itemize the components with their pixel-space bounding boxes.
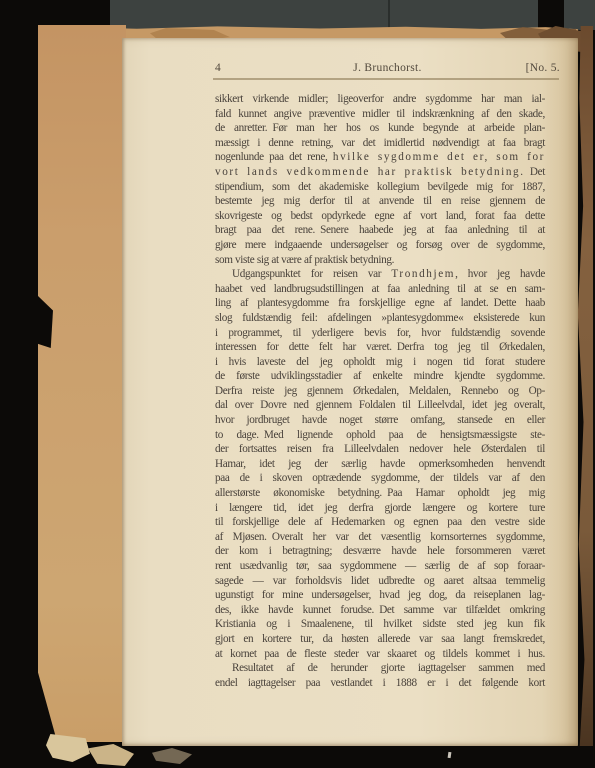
text-segment: der fortsattes reisen fra Lilleelvdalen …: [215, 443, 545, 455]
page-body: sikkert virkende midler; ligeoverfor and…: [215, 92, 545, 690]
text-line: sagede — var forholdsvis lidet udbredte …: [215, 574, 545, 589]
text-line: des, ikke havde kunnet forudse. Det samm…: [215, 603, 545, 618]
text-segment: Det: [525, 166, 545, 178]
text-line: at kornet paa de fleste steder var skaar…: [215, 647, 545, 662]
text-line: fald kunnet angive præventive midler til…: [215, 107, 545, 122]
text-line: endel iagttagelser paa vestlandet i 1888…: [215, 676, 545, 691]
text-segment: nogenlunde paa det rene,: [215, 151, 333, 163]
text-line: skovrigeste og bedst opdyrkede egne af v…: [215, 209, 545, 224]
text-segment: sagede — var forholdsvis lidet udbredte …: [215, 575, 545, 587]
text-segment: interessen for dette felt har været. Der…: [215, 341, 545, 353]
text-segment: , hvor jeg havde: [455, 268, 545, 280]
torn-paper-fragment: [46, 734, 90, 762]
text-line: to dage. Med lignende ophold paa de hens…: [215, 428, 545, 443]
text-line: i programmet, til yderligere bevis for, …: [215, 326, 545, 341]
text-segment: sikkert virkende midler; ligeoverfor and…: [215, 93, 545, 105]
text-segment: to dage. Med lignende ophold paa de hens…: [215, 429, 545, 441]
text-segment: ling af plantesygdomme fra forskjellige …: [215, 297, 545, 309]
text-line: i hvis laveste del jeg opholdt mig i nog…: [215, 355, 545, 370]
text-line: bragt paa det rene. Senere haabede jeg a…: [215, 223, 545, 238]
text-line: de første udviklingsstadier af enkelte m…: [215, 369, 545, 384]
text-segment: mæssigt i denne retning, var det imidler…: [215, 137, 545, 149]
text-segment: allerstørste økonomiske betydning. Paa H…: [215, 487, 545, 499]
text-line: der fortsattes reisen fra Lilleelvdalen …: [215, 442, 545, 457]
issue-number: [No. 5.: [422, 62, 560, 74]
text-segment: de første udviklingsstadier af enkelte m…: [215, 370, 545, 382]
header-rule: [213, 78, 559, 80]
text-segment: hvor jordbruget havde noget større omfan…: [215, 414, 545, 426]
text-segment: stipendium, som det akademiske kollegium…: [215, 181, 545, 193]
text-segment: haabet ved landbrugsudstillingen at faa …: [215, 283, 545, 295]
text-line: Kristiania og i Smaalenene, til hvilket …: [215, 617, 545, 632]
text-segment: at kornet paa de fleste steder var skaar…: [215, 648, 545, 660]
page-number: 4: [215, 62, 353, 74]
text-line: som viste sig at være af praktisk betydn…: [215, 253, 545, 268]
text-segment: Hamar, idet jeg der særlig havde opmerks…: [215, 458, 545, 470]
text-line: ling af plantesygdomme fra forskjellige …: [215, 296, 545, 311]
text-segment: fald kunnet angive præventive midler til…: [215, 108, 545, 120]
text-line: der kom i betragtning; desværre havde he…: [215, 544, 545, 559]
text-line: til forskjellige dele af Hedemarken og e…: [215, 515, 545, 530]
emphasized-text: Trondhjem: [391, 268, 455, 280]
text-line: gjort en kortere tur, da høsten allerede…: [215, 632, 545, 647]
running-title: J. Brunchorst.: [353, 62, 421, 74]
torn-paper-fragment: [152, 748, 192, 764]
scanner-background-band: [110, 0, 595, 30]
text-segment: endel iagttagelser paa vestlandet i 1888…: [215, 677, 545, 689]
torn-paper-fragment: [88, 744, 134, 766]
text-segment: de anretter. Før man her hos os kunde be…: [215, 122, 545, 134]
text-line: nogenlunde paa det rene, hvilke sygdomme…: [215, 150, 545, 165]
text-segment: dal over Dovre ned gjennem Foldalen til …: [215, 399, 545, 411]
text-line: interessen for dette felt har været. Der…: [215, 340, 545, 355]
text-line: Hamar, idet jeg der særlig havde opmerks…: [215, 457, 545, 472]
text-line: i længere tid, idet jeg derfra gjorde læ…: [215, 501, 545, 516]
scan-background: { "scan": { "background_color": "#0c0a08…: [0, 0, 595, 768]
text-segment: skovrigeste og bedst opdyrkede egne af v…: [215, 210, 545, 222]
text-segment: Resultatet af de herunder gjorte iagttag…: [232, 662, 545, 674]
text-segment: Kristiania og i Smaalenene, til hvilket …: [215, 618, 545, 630]
text-segment: til forskjellige dele af Hedemarken og e…: [215, 516, 545, 528]
page-header: 4 J. Brunchorst. [No. 5.: [215, 62, 560, 76]
text-segment: af Mjøsen. Overalt her var det væsentlig…: [215, 531, 545, 543]
text-segment: der kom i betragtning; desværre havde he…: [215, 545, 545, 557]
book-underpage: [38, 25, 126, 742]
text-segment: ugunstigt for mine undersøgelser, hvad j…: [215, 589, 545, 601]
text-segment: som viste sig at være af praktisk betydn…: [215, 254, 394, 266]
text-segment: i programmet, til yderligere bevis for, …: [215, 327, 545, 339]
text-line: gjøre mere indgaaende undersøgelser og f…: [215, 238, 545, 253]
text-line: haabet ved landbrugsudstillingen at faa …: [215, 282, 545, 297]
text-segment: slog fuldstændig feil: afdelingen »plant…: [215, 312, 545, 324]
text-segment: Derfra reiste jeg gjennem Ørkedalen, Mel…: [215, 385, 545, 397]
text-line: rent usædvanlig tør, saa sygdommene — sæ…: [215, 559, 545, 574]
text-line: hvor jordbruget havde noget større omfan…: [215, 413, 545, 428]
text-segment: Udgangspunktet for reisen var: [232, 268, 391, 280]
text-line: bestemte jeg mig derfor til at anvende t…: [215, 194, 545, 209]
text-line: Derfra reiste jeg gjennem Ørkedalen, Mel…: [215, 384, 545, 399]
text-segment: paa de i skoven optrædende sygdomme, der…: [215, 472, 545, 484]
scan-speck: [448, 752, 452, 758]
text-line: af Mjøsen. Overalt her var det væsentlig…: [215, 530, 545, 545]
emphasized-text: vort lands vedkommende har praktisk bety…: [215, 166, 525, 178]
text-segment: des, ikke havde kunnet forudse. Det samm…: [215, 604, 545, 616]
text-line: Resultatet af de herunder gjorte iagttag…: [215, 661, 545, 676]
text-segment: gjøre mere indgaaende undersøgelser og f…: [215, 239, 545, 251]
text-line: allerstørste økonomiske betydning. Paa H…: [215, 486, 545, 501]
text-line: paa de i skoven optrædende sygdomme, der…: [215, 471, 545, 486]
text-line: sikkert virkende midler; ligeoverfor and…: [215, 92, 545, 107]
background-crease: [388, 0, 390, 30]
text-line: ugunstigt for mine undersøgelser, hvad j…: [215, 588, 545, 603]
text-line: Udgangspunktet for reisen var Trondhjem,…: [215, 267, 545, 282]
text-line: slog fuldstændig feil: afdelingen »plant…: [215, 311, 545, 326]
text-line: mæssigt i denne retning, var det imidler…: [215, 136, 545, 151]
text-segment: i hvis laveste del jeg opholdt mig i nog…: [215, 356, 545, 368]
text-segment: rent usædvanlig tør, saa sygdommene — sæ…: [215, 560, 545, 572]
text-segment: bestemte jeg mig derfor til at anvende t…: [215, 195, 545, 207]
text-segment: gjort en kortere tur, da høsten allerede…: [215, 633, 545, 645]
text-segment: i længere tid, idet jeg derfra gjorde læ…: [215, 502, 545, 514]
text-line: vort lands vedkommende har praktisk bety…: [215, 165, 545, 180]
text-line: stipendium, som det akademiske kollegium…: [215, 180, 545, 195]
text-line: de anretter. Før man her hos os kunde be…: [215, 121, 545, 136]
emphasized-text: hvilke sygdomme det er, som for: [333, 151, 545, 163]
text-line: dal over Dovre ned gjennem Foldalen til …: [215, 398, 545, 413]
text-segment: bragt paa det rene. Senere haabede jeg a…: [215, 224, 545, 236]
book-page: 4 J. Brunchorst. [No. 5. sikkert virkend…: [122, 38, 578, 746]
